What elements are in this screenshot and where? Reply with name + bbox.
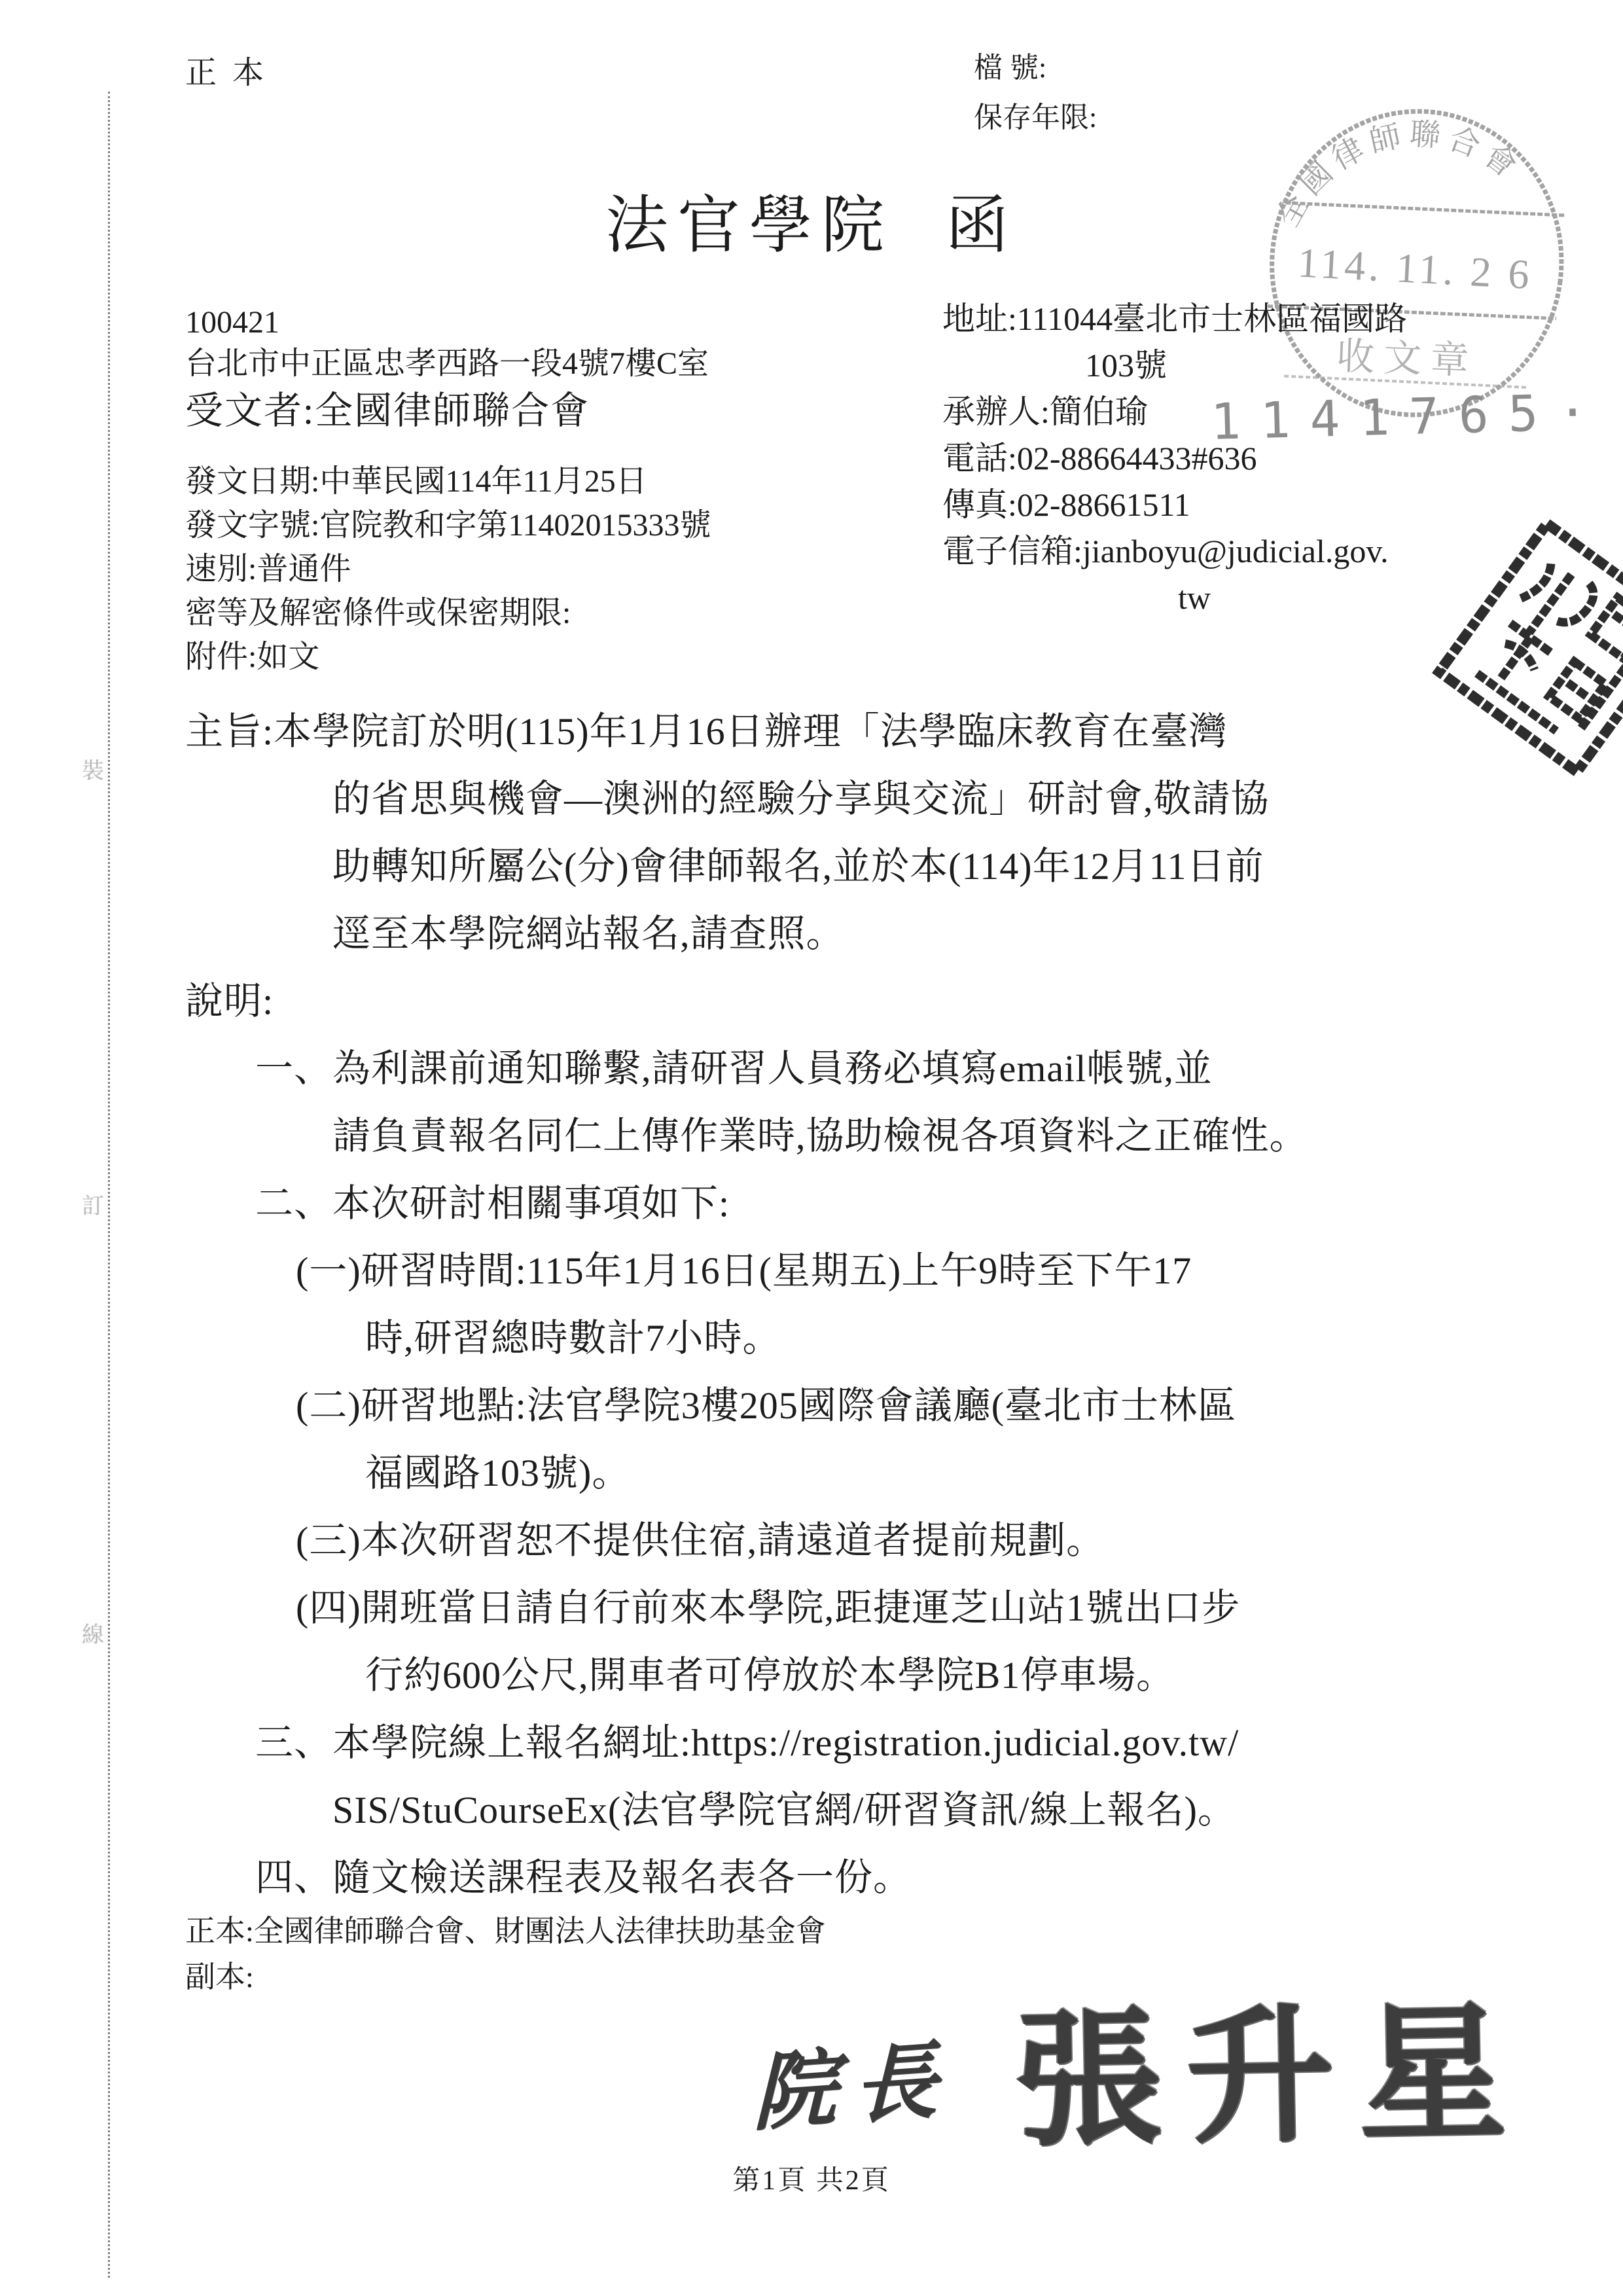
body-line: 四、隨文檢送課程表及報名表各一份。 — [0, 1844, 1623, 1911]
document-type: 函 — [946, 190, 1018, 260]
copy-to-line: 副本: — [185, 1954, 826, 2000]
letter-body: 主旨:本學院訂於明(115)年1月16日辦理「法學臨床教育在臺灣 的省思與機會—… — [0, 698, 1623, 1911]
attachment-line: 附件:如文 — [185, 635, 711, 679]
file-number-label: 檔 號: — [974, 43, 1097, 93]
body-line: 的省思與機會—澳洲的經驗分享與交流」研討會,敬請協 — [0, 765, 1623, 833]
recipient-name-line: 受文者:全國律師聯合會 — [185, 385, 711, 437]
body-line: (四)開班當日請自行前來本學院,距捷運芝山站1號出口步 — [0, 1574, 1623, 1641]
recipient-meta-block: 100421 台北市中正區忠孝西路一段4號7樓C室 受文者:全國律師聯合會 發文… — [185, 302, 711, 679]
spacer — [185, 437, 711, 459]
signer-name-calligraphy: 張升星 — [1012, 1954, 1533, 2175]
body-line: (二)研習地點:法官學院3樓205國際會議廳(臺北市士林區 — [0, 1372, 1623, 1439]
email-line2: tw — [942, 575, 1407, 621]
body-line: 福國路103號)。 — [0, 1439, 1623, 1507]
send-date-line: 發文日期:中華民國114年11月25日 — [185, 459, 711, 503]
signature-block: 院長 張升星 — [740, 1947, 1558, 2163]
file-number-block: 檔 號: 保存年限: — [974, 43, 1097, 143]
recipient-address: 台北市中正區忠孝西路一段4號7樓C室 — [185, 343, 711, 385]
stamp-date: 114. 11. 2 6 — [1296, 239, 1533, 298]
sender-address-line1: 地址:111044臺北市士林區福國路 — [942, 296, 1407, 342]
body-line: 二、本次研討相關事項如下: — [0, 1170, 1623, 1237]
page-number-footer: 第1頁 共2頁 — [0, 2159, 1623, 2198]
handwritten-receipt-number: 1141765· — [1210, 382, 1608, 451]
body-line: SIS/StuCourseEx(法官學院官網/研習資訊/線上報名)。 — [0, 1776, 1623, 1844]
body-line: 請負責報名同仁上傳作業時,協助檢視各項資料之正確性。 — [0, 1102, 1623, 1170]
fax-line: 傳真:02-88661511 — [942, 482, 1407, 528]
signer-title: 院長 — [753, 2012, 954, 2147]
stamp-org-arc-text: 全國律師聯合會 — [1269, 100, 1531, 260]
sender-address-line2: 103號 — [942, 342, 1407, 389]
body-line: (一)研習時間:115年1月16日(星期五)上午9時至下午17 — [0, 1237, 1623, 1304]
speed-line: 速別:普通件 — [185, 547, 711, 591]
original-to-line: 正本:全國律師聯合會、財團法人法律扶助基金會 — [185, 1909, 826, 1954]
body-line: 一、為利課前通知聯繫,請研習人員務必填寫email帳號,並 — [0, 1035, 1623, 1102]
issuing-agency: 法官學院 — [605, 190, 893, 260]
doc-number-line: 發文字號:官院教和字第11402015333號 — [185, 503, 711, 547]
body-line: 助轉知所屬公(分)會律師報名,並於本(114)年12月11日前 — [0, 833, 1623, 900]
closing-block: 正本:全國律師聯合會、財團法人法律扶助基金會 副本: — [185, 1909, 826, 2000]
body-line: 逕至本學院網站報名,請查照。 — [0, 900, 1623, 967]
body-line: 三、本學院線上報名網址:https://registration.judicia… — [0, 1709, 1623, 1776]
body-line: (三)本次研習恕不提供住宿,請遠道者提前規劃。 — [0, 1507, 1623, 1574]
recipient-zip: 100421 — [185, 302, 711, 343]
body-line: 主旨:本學院訂於明(115)年1月16日辦理「法學臨床教育在臺灣 — [0, 698, 1623, 765]
body-line: 時,研習總時數計7小時。 — [0, 1304, 1623, 1372]
body-line: 行約600公尺,開車者可停放於本學院B1停車場。 — [0, 1641, 1623, 1709]
email-line1: 電子信箱:jianboyu@judicial.gov. — [942, 528, 1407, 575]
security-line: 密等及解密條件或保密期限: — [185, 591, 711, 635]
official-letter-page: 裝 訂 線 正 本 檔 號: 保存年限: 法官學院函 全國律師聯合會 114. … — [0, 0, 1623, 2296]
body-line: 說明: — [0, 967, 1623, 1035]
copy-type-label: 正 本 — [185, 47, 268, 92]
sender-contact-block: 地址:111044臺北市士林區福國路 103號 承辦人:簡伯瑜 電話:02-88… — [942, 296, 1407, 621]
retention-period-label: 保存年限: — [974, 93, 1097, 143]
